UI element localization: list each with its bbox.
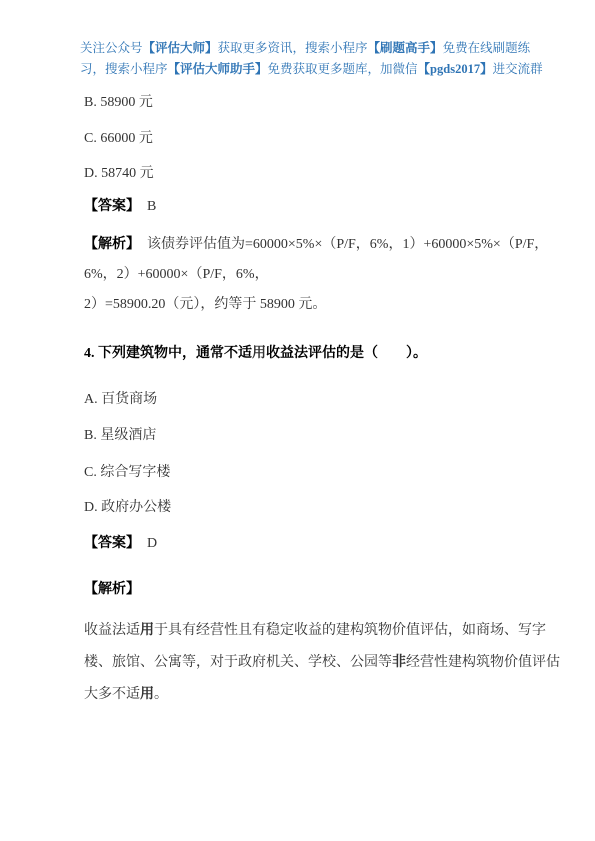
promo-header: 关注公众号【评估大师】获取更多资讯，搜索小程序【刷题高手】免费在线刷题练 习，搜… (80, 38, 525, 80)
text-segment: C. 综合写字楼 (84, 465, 170, 480)
q3-answer-line: 【答案】 B (84, 197, 524, 217)
text-segment: 楼、旅馆、公寓等，对于政府机关、学校、公园等 (84, 655, 392, 670)
q3-option-c: C. 66000 元 (84, 129, 524, 149)
text-segment: 【答案】 (84, 536, 140, 551)
text-segment: C. 66000 元 (84, 131, 153, 146)
q4-analysis-label: 【解析】 (84, 580, 524, 600)
text-segment: 。 (154, 687, 168, 702)
text-segment: B (140, 199, 156, 214)
text-segment: 免费在线刷题练 (443, 41, 531, 55)
text-segment: B. 58900 元 (84, 95, 153, 110)
text-segment: 4. 下列建筑物中，通常不适 (84, 346, 252, 361)
q3-analysis-line-1: 【解析】 该债券评估值为=60000×5%×（P/F，6%，1）+60000×5… (84, 235, 524, 255)
q4-answer-line: 【答案】 D (84, 534, 524, 554)
q4-option-a: A. 百货商场 (84, 390, 524, 410)
q4-option-d: D. 政府办公楼 (84, 498, 524, 518)
text-segment: 【评估大师】 (143, 41, 218, 55)
text-segment: 【刷题高手】 (368, 41, 443, 55)
text-segment: 【pgds2017】 (418, 62, 493, 76)
q4-option-b: B. 星级酒店 (84, 426, 524, 446)
text-segment: 【评估大师助手】 (168, 62, 268, 76)
text-segment: 获取更多资讯，搜索小程序 (218, 41, 368, 55)
text-segment: D (140, 536, 157, 551)
text-segment: 经营性建构筑物价值评估 (406, 655, 560, 670)
substituted-glyph: 非 (392, 653, 406, 669)
text-segment: 免费获取更多题库，加微信 (268, 62, 418, 76)
text-segment: 6%，2）+60000×（P/F，6%， (84, 267, 269, 282)
text-segment: 收益法评估的是（ ）。 (266, 346, 427, 361)
substituted-glyph: 用 (252, 344, 266, 360)
q4-analysis-line-1: 收益法适用于具有经营性且有稳定收益的建构筑物价值评估，如商场、写字 (84, 619, 524, 641)
promo-line-1: 关注公众号【评估大师】获取更多资讯，搜索小程序【刷题高手】免费在线刷题练 (80, 38, 525, 59)
text-segment: A. 百货商场 (84, 392, 157, 407)
q3-option-b: B. 58900 元 (84, 93, 524, 113)
q3-option-d: D. 58740 元 (84, 164, 524, 184)
q4-option-c: C. 综合写字楼 (84, 463, 524, 483)
substituted-glyph: 用 (140, 621, 154, 637)
text-segment: D. 58740 元 (84, 166, 154, 181)
text-segment: 习，搜索小程序 (80, 62, 168, 76)
text-segment: 大多不适 (84, 687, 140, 702)
text-segment: 收益法适 (84, 623, 140, 638)
q3-analysis-line-3: 2）=58900.20（元），约等于 58900 元。 (84, 295, 524, 315)
substituted-glyph: 用 (140, 685, 154, 701)
text-segment: 2）=58900.20（元），约等于 58900 元。 (84, 297, 326, 312)
q4-question: 4. 下列建筑物中，通常不适用收益法评估的是（ ）。 (84, 342, 524, 364)
text-segment: 【答案】 (84, 199, 140, 214)
text-segment: 关注公众号 (80, 41, 143, 55)
text-segment: 进交流群 (493, 62, 543, 76)
text-segment: 【解析】 (84, 237, 133, 252)
text-segment: 于具有经营性且有稳定收益的建构筑物价值评估，如商场、写字 (154, 623, 546, 638)
q4-analysis-line-2: 楼、旅馆、公寓等，对于政府机关、学校、公园等非经营性建构筑物价值评估 (84, 651, 524, 673)
q4-analysis-line-3: 大多不适用。 (84, 683, 524, 705)
text-segment: D. 政府办公楼 (84, 500, 171, 515)
text-segment: 【解析】 (84, 582, 140, 597)
text-segment: 该债券评估值为=60000×5%×（P/F，6%，1）+60000×5%×（P/… (133, 237, 548, 252)
text-segment: B. 星级酒店 (84, 428, 156, 443)
promo-line-2: 习，搜索小程序【评估大师助手】免费获取更多题库，加微信【pgds2017】进交流… (80, 59, 525, 80)
q3-analysis-line-2: 6%，2）+60000×（P/F，6%， (84, 265, 524, 285)
document-page: 关注公众号【评估大师】获取更多资讯，搜索小程序【刷题高手】免费在线刷题练 习，搜… (0, 0, 595, 841)
